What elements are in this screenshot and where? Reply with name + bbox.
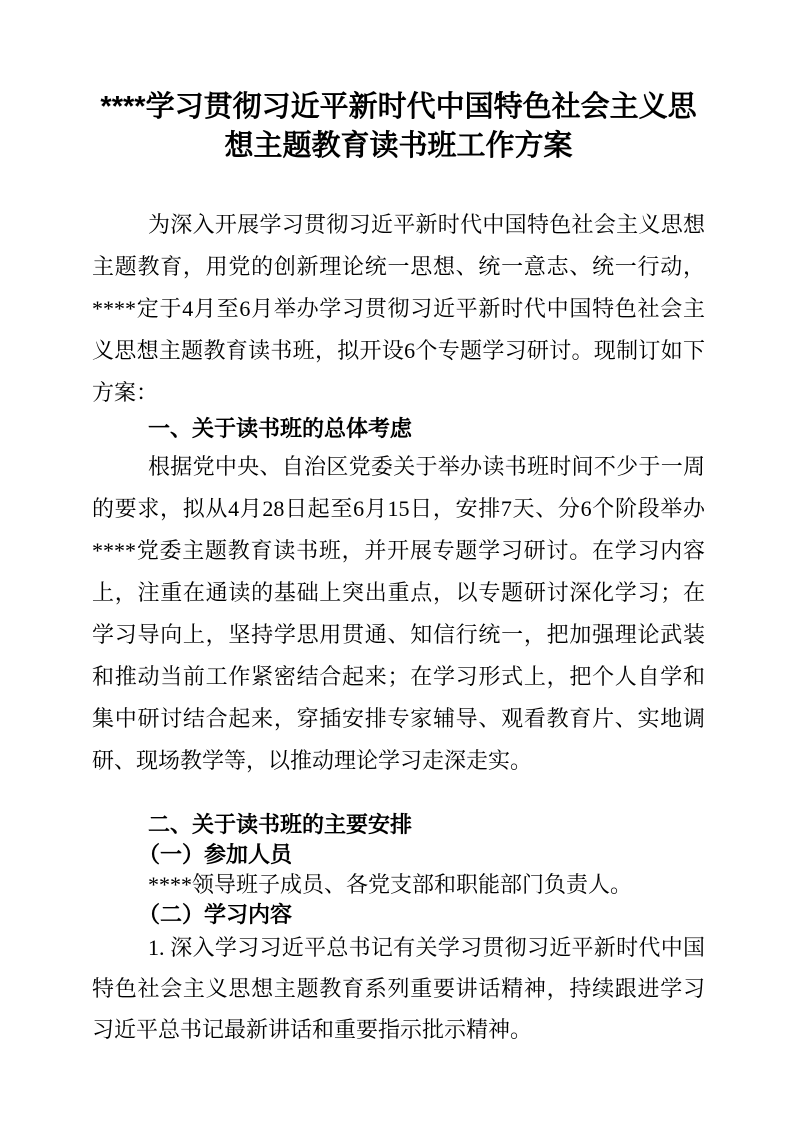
section-1-paragraph: 根据党中央、自治区党委关于举办读书班时间不少于一周的要求，拟从4月28日起至6月… xyxy=(92,446,705,782)
section-2-2-heading: （二）学习内容 xyxy=(92,900,705,930)
section-1-heading: 一、关于读书班的总体考虑 xyxy=(92,414,705,444)
section-2-heading: 二、关于读书班的主要安排 xyxy=(92,810,705,840)
section-2-1-heading: （一）参加人员 xyxy=(92,840,705,870)
document-title: ****学习贯彻习近平新时代中国特色社会主义思想主题教育读书班工作方案 xyxy=(92,88,705,166)
document-content: ****学习贯彻习近平新时代中国特色社会主义思想主题教育读书班工作方案 为深入开… xyxy=(0,88,794,1050)
intro-paragraph: 为深入开展学习贯彻习近平新时代中国特色社会主义思想主题教育，用党的创新理论统一思… xyxy=(92,204,705,414)
document-page: ****学习贯彻习近平新时代中国特色社会主义思想主题教育读书班工作方案 为深入开… xyxy=(0,0,794,1122)
study-content-item-1: 1. 深入学习习近平总书记有关学习贯彻习近平新时代中国特色社会主义思想主题教育系… xyxy=(92,927,705,1050)
participants-paragraph: ****领导班子成员、各党支部和职能部门负责人。 xyxy=(92,870,705,900)
